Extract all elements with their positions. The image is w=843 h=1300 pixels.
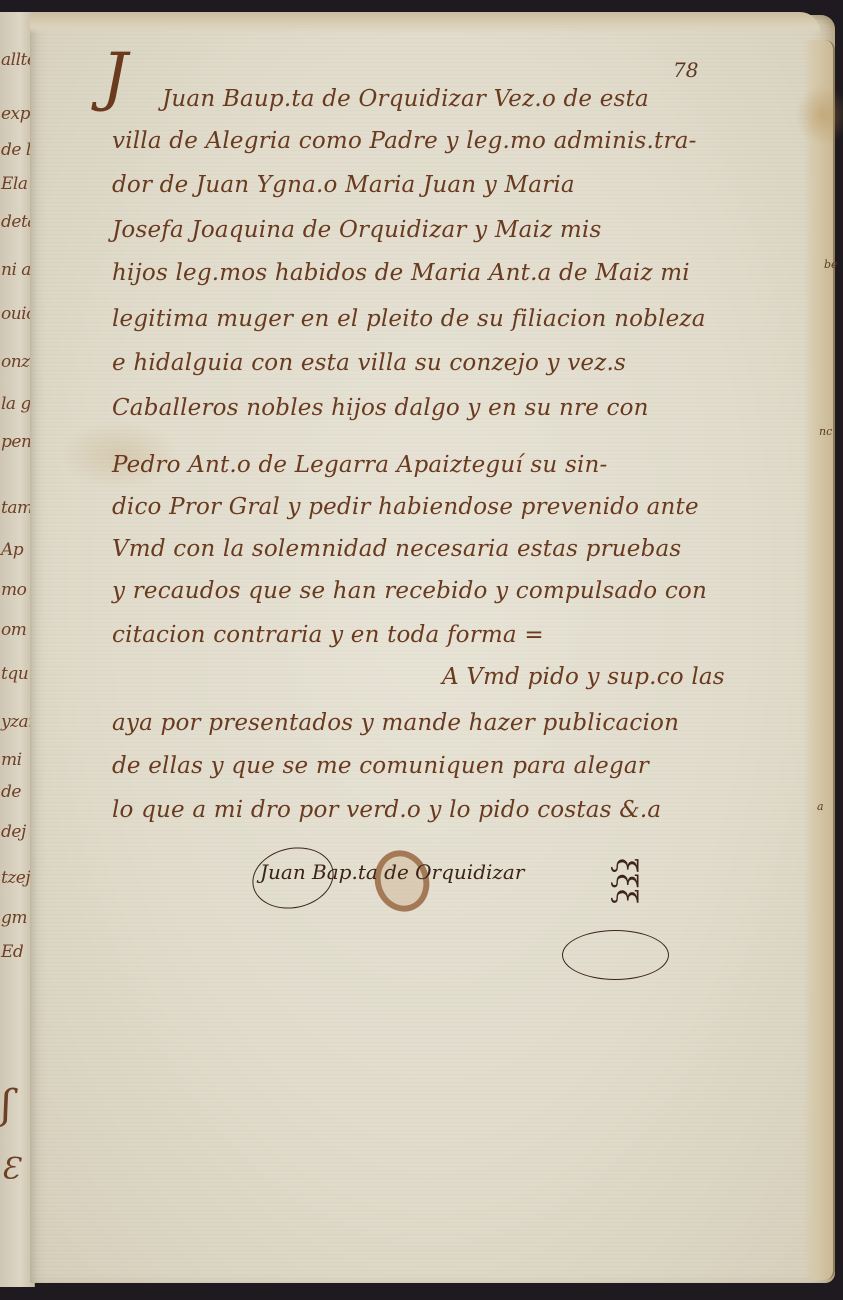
rubric-zigzag: ξξξ	[618, 858, 634, 904]
margin-fragment: de	[1, 782, 21, 802]
edge-fragment: a	[817, 800, 824, 813]
margin-fragment: Ela	[1, 174, 27, 194]
text-line: Vmd con la solemnidad necesaria estas pr…	[112, 536, 681, 562]
margin-flourish: ʃ	[1, 1082, 11, 1128]
text-line: aya por presentados y mande hazer public…	[112, 710, 679, 736]
margin-fragment: dej	[1, 822, 26, 842]
margin-fragment: tzej	[1, 868, 30, 888]
rubric-loop	[562, 930, 669, 980]
text-line: citacion contraria y en toda forma =	[112, 622, 544, 648]
text-line: hijos leg.mos habidos de Maria Ant.a de …	[112, 260, 690, 286]
margin-fragment: tam	[1, 498, 33, 518]
text-line: dico Pror Gral y pedir habiendose preven…	[112, 494, 699, 520]
text-line: Caballeros nobles hijos dalgo y en su nr…	[112, 395, 649, 421]
edge-fragment: nc	[819, 425, 832, 438]
text-line: y recaudos que se han recebido y compuls…	[112, 578, 707, 604]
manuscript-page	[30, 15, 835, 1283]
text-line: A Vmd pido y sup.co las	[442, 664, 725, 690]
margin-fragment: la g	[1, 394, 31, 414]
signature: Juan Bap.ta de Orquidizar	[260, 860, 524, 884]
water-stain	[795, 85, 843, 145]
text-line: Pedro Ant.o de Legarra Apaizteguí su sin…	[112, 452, 608, 478]
margin-fragment: de l	[1, 140, 31, 160]
margin-flourish: Ɛ	[1, 1152, 19, 1187]
text-line: legitima muger en el pleito de su filiac…	[112, 306, 706, 332]
margin-fragment: ni a	[1, 260, 31, 280]
margin-fragment: Ap	[1, 540, 23, 560]
margin-fragment: mo	[1, 580, 26, 600]
text-line: Juan Baup.ta de Orquidizar Vez.o de esta	[162, 86, 649, 112]
margin-fragment: Ed	[1, 942, 23, 962]
margin-fragment: tqu	[1, 664, 28, 684]
margin-fragment: mi	[1, 750, 22, 770]
page-top-edge	[30, 12, 820, 34]
margin-fragment: gm	[1, 908, 27, 928]
text-line: Josefa Joaquina de Orquidizar y Maiz mis	[112, 217, 601, 243]
edge-fragment: be	[824, 258, 838, 271]
text-line: villa de Alegria como Padre y leg.mo adm…	[112, 128, 697, 154]
text-line: de ellas y que se me comuniquen para ale…	[112, 753, 649, 779]
margin-fragment: pen	[1, 432, 31, 452]
page-right-edge	[803, 40, 835, 1280]
folio-number: 78	[673, 58, 698, 82]
text-line: dor de Juan Ygna.o Maria Juan y Maria	[112, 172, 575, 198]
manuscript-scan: allte expl de l Ela deta ni a ouio onza …	[0, 0, 843, 1300]
text-line: e hidalguia con esta villa su conzejo y …	[112, 350, 626, 376]
margin-fragment: om	[1, 620, 26, 640]
initial-flourish: J	[102, 40, 128, 114]
text-line: lo que a mi dro por verd.o y lo pido cos…	[112, 797, 661, 823]
